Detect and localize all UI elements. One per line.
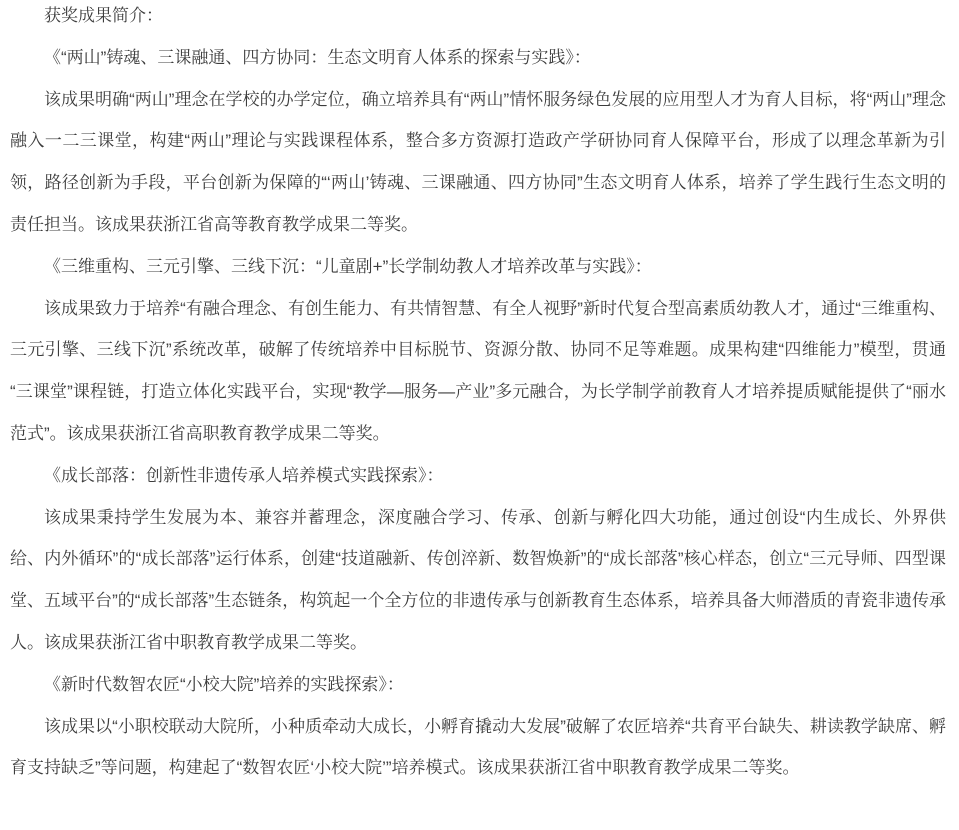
award-achievements-article: 获奖成果简介： 《“两山”铸魂、三课融通、四方协同：生态文明育人体系的探索与实践…: [0, 0, 959, 789]
achievement-1-title: 《“两山”铸魂、三课融通、四方协同：生态文明育人体系的探索与实践》：: [10, 37, 946, 79]
achievement-3-description: 该成果秉持学生发展为本、兼容并蓄理念，深度融合学习、传承、创新与孵化四大功能，通…: [10, 497, 946, 664]
achievement-4-title: 《新时代数智农匠“小校大院”培养的实践探索》：: [10, 664, 946, 706]
achievement-2-description: 该成果致力于培养“有融合理念、有创生能力、有共情智慧、有全人视野”新时代复合型高…: [10, 288, 946, 455]
intro-heading: 获奖成果简介：: [10, 0, 946, 37]
achievement-1-description: 该成果明确“两山”理念在学校的办学定位，确立培养具有“两山”情怀服务绿色发展的应…: [10, 79, 946, 246]
achievement-4-description: 该成果以“小职校联动大院所，小种质牵动大成长，小孵育撬动大发展”破解了农匠培养“…: [10, 706, 946, 790]
achievement-2-title: 《三维重构、三元引擎、三线下沉：“儿童剧+”长学制幼教人才培养改革与实践》：: [10, 246, 946, 288]
achievement-3-title: 《成长部落：创新性非遗传承人培养模式实践探索》：: [10, 455, 946, 497]
